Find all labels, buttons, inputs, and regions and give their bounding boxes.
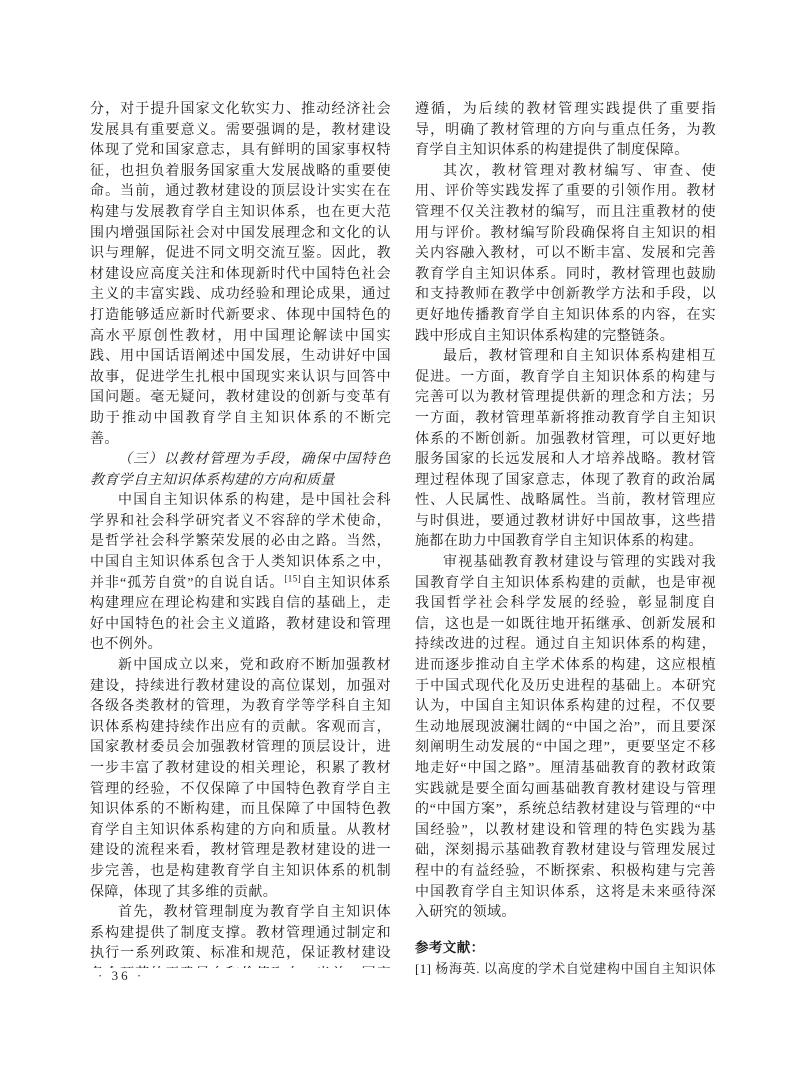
paragraph-continuation: 分，对于提升国家文化软实力、推动经济社会发展具有重要意义。需要强调的是，教材建设… — [90, 100, 391, 450]
paragraph: 审视基础教育教材建设与管理的实践对我国教育学自主知识体系构建的贡献，也是审视我国… — [415, 553, 716, 924]
paragraph: 中国自主知识体系的构建，是中国社会科学界和社会科学研究者义不容辞的学术使命，是哲… — [90, 491, 391, 656]
paragraph: 最后，教材管理和自主知识体系构建相互促进。一方面，教育学自主知识体系的构建与完善… — [415, 347, 716, 553]
references-section: 参考文献： [1] 杨海英. 以高度的学术自觉建构中国自主知识体系 — [415, 937, 716, 980]
document-page: 分，对于提升国家文化软实力、推动经济社会发展具有重要意义。需要强调的是，教材建设… — [0, 0, 800, 1077]
right-column: 遵循，为后续的教材管理实践提供了重要指导，明确了教材管理的方向与重点任务，为教育… — [415, 100, 716, 980]
page-number: · 36 · — [98, 968, 144, 984]
paragraph: 新中国成立以来，党和政府不断加强教材建设，持续进行教材建设的高位谋划，加强对各级… — [90, 656, 391, 903]
paragraph-continuation: 遵循，为后续的教材管理实践提供了重要指导，明确了教材管理的方向与重点任务，为教育… — [415, 100, 716, 162]
references-heading: 参考文献： — [415, 937, 716, 958]
section-heading: （三）以教材管理为手段，确保中国特色教育学自主知识体系构建的方向和质量 — [90, 450, 391, 491]
left-column: 分，对于提升国家文化软实力、推动经济社会发展具有重要意义。需要强调的是，教材建设… — [90, 100, 391, 968]
reference-item: [1] 杨海英. 以高度的学术自觉建构中国自主知识体系 — [415, 958, 716, 980]
citation-marker-15: [15] — [284, 573, 301, 583]
paragraph: 首先，教材管理制度为教育学自主知识体系构建提供了制度支撑。教材管理通过制定和执行… — [90, 903, 391, 968]
paragraph: 其次，教材管理对教材编写、审查、使用、评价等实践发挥了重要的引领作用。教材管理不… — [415, 162, 716, 347]
